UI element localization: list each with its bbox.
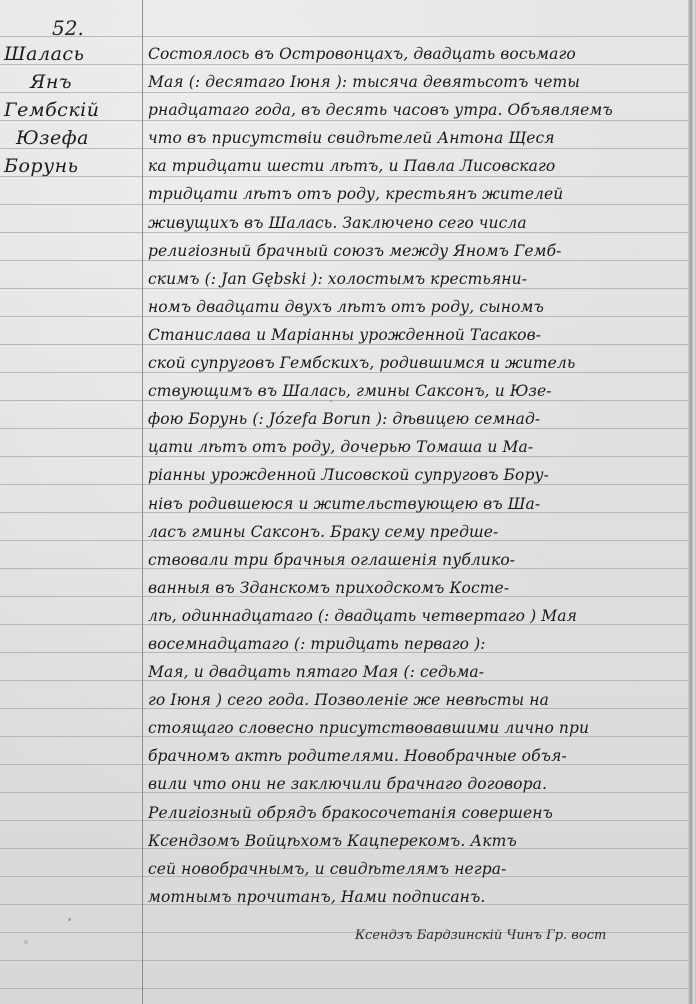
body-line: Ксендзомъ Войцѣхомъ Кацперекомъ. Актъ	[148, 827, 688, 855]
margin-groom-surname: Гембскій	[4, 96, 140, 124]
body-line: фою Борунь (: Józefa Borun ): дѣвицею се…	[148, 405, 688, 433]
margin-bride-surname: Борунь	[4, 152, 140, 180]
body-line: что въ присутствіи свидѣтелей Антона Щес…	[148, 124, 688, 152]
entry-body: Состоялось въ Островонцахъ, двадцать вос…	[148, 40, 688, 911]
body-line: Мая (: десятаго Іюня ): тысяча девятьсот…	[148, 68, 688, 96]
page-binding-edge	[688, 0, 696, 1004]
body-line: ствовали три брачныя оглашенія публико-	[148, 546, 688, 574]
paper-speck	[68, 918, 71, 921]
body-line: цати лѣтъ отъ роду, дочерью Томаша и Ма-	[148, 433, 688, 461]
body-line: восемнадцатаго (: тридцать перваго ):	[148, 630, 688, 658]
body-line: тридцати лѣтъ отъ роду, крестьянъ жителе…	[148, 180, 688, 208]
paper-speck	[24, 940, 28, 944]
margin-divider	[142, 0, 143, 1004]
body-line: мотнымъ прочитанъ, Нами подписанъ.	[148, 883, 688, 911]
body-line: Станислава и Маріанны урожденной Тасаков…	[148, 321, 688, 349]
body-line: ской супруговъ Гембскихъ, родившимся и ж…	[148, 349, 688, 377]
body-line: брачномъ актѣ родителями. Новобрачные об…	[148, 742, 688, 770]
body-line: ванныя въ Зданскомъ приходскомъ Косте-	[148, 574, 688, 602]
body-line: сей новобрачнымъ, и свидѣтелямъ негра-	[148, 855, 688, 883]
body-line: Состоялось въ Островонцахъ, двадцать вос…	[148, 40, 688, 68]
paper-speck	[330, 400, 332, 402]
body-line: ласъ гмины Саксонъ. Браку сему предше-	[148, 518, 688, 546]
margin-column: Шалась Янъ Гембскій Юзефа Борунь	[4, 40, 140, 180]
body-line: ка тридцати шести лѣтъ, и Павла Лисовска…	[148, 152, 688, 180]
record-number: 52.	[52, 16, 84, 40]
margin-village: Шалась	[4, 40, 140, 68]
body-line: Мая, и двадцать пятаго Мая (: седьма-	[148, 658, 688, 686]
body-line: рнадцатаго года, въ десять часовъ утра. …	[148, 96, 688, 124]
body-line: ріанны урожденной Лисовской супруговъ Бо…	[148, 461, 688, 489]
body-line: лѣ, одиннадцатаго (: двадцать четвертаго…	[148, 602, 688, 630]
body-line: номъ двадцати двухъ лѣтъ отъ роду, сыном…	[148, 293, 688, 321]
body-line: живущихъ въ Шалась. Заключено сего числа	[148, 209, 688, 237]
register-page: 52. Шалась Янъ Гембскій Юзефа Борунь Сос…	[0, 0, 696, 1004]
body-line: стоящаго словесно присутствовавшими личн…	[148, 714, 688, 742]
priest-signature: Ксендзъ Бардзинскій Чинъ Гр. вост	[355, 928, 606, 943]
body-line: скимъ (: Jan Gębski ): холостымъ крестья…	[148, 265, 688, 293]
body-line: ствующимъ въ Шалась, гмины Саксонъ, и Юз…	[148, 377, 688, 405]
margin-bride-given-name: Юзефа	[4, 124, 140, 152]
margin-groom-given-name: Янъ	[4, 68, 140, 96]
body-line: религіозный брачный союзъ между Яномъ Ге…	[148, 237, 688, 265]
body-line: вили что они не заключили брачнаго догов…	[148, 770, 688, 798]
body-line: го Іюня ) сего года. Позволеніе же невѣс…	[148, 686, 688, 714]
body-line: нівъ родившеюся и жительствующею въ Ша-	[148, 490, 688, 518]
body-line: Религіозный обрядъ бракосочетанія соверш…	[148, 799, 688, 827]
